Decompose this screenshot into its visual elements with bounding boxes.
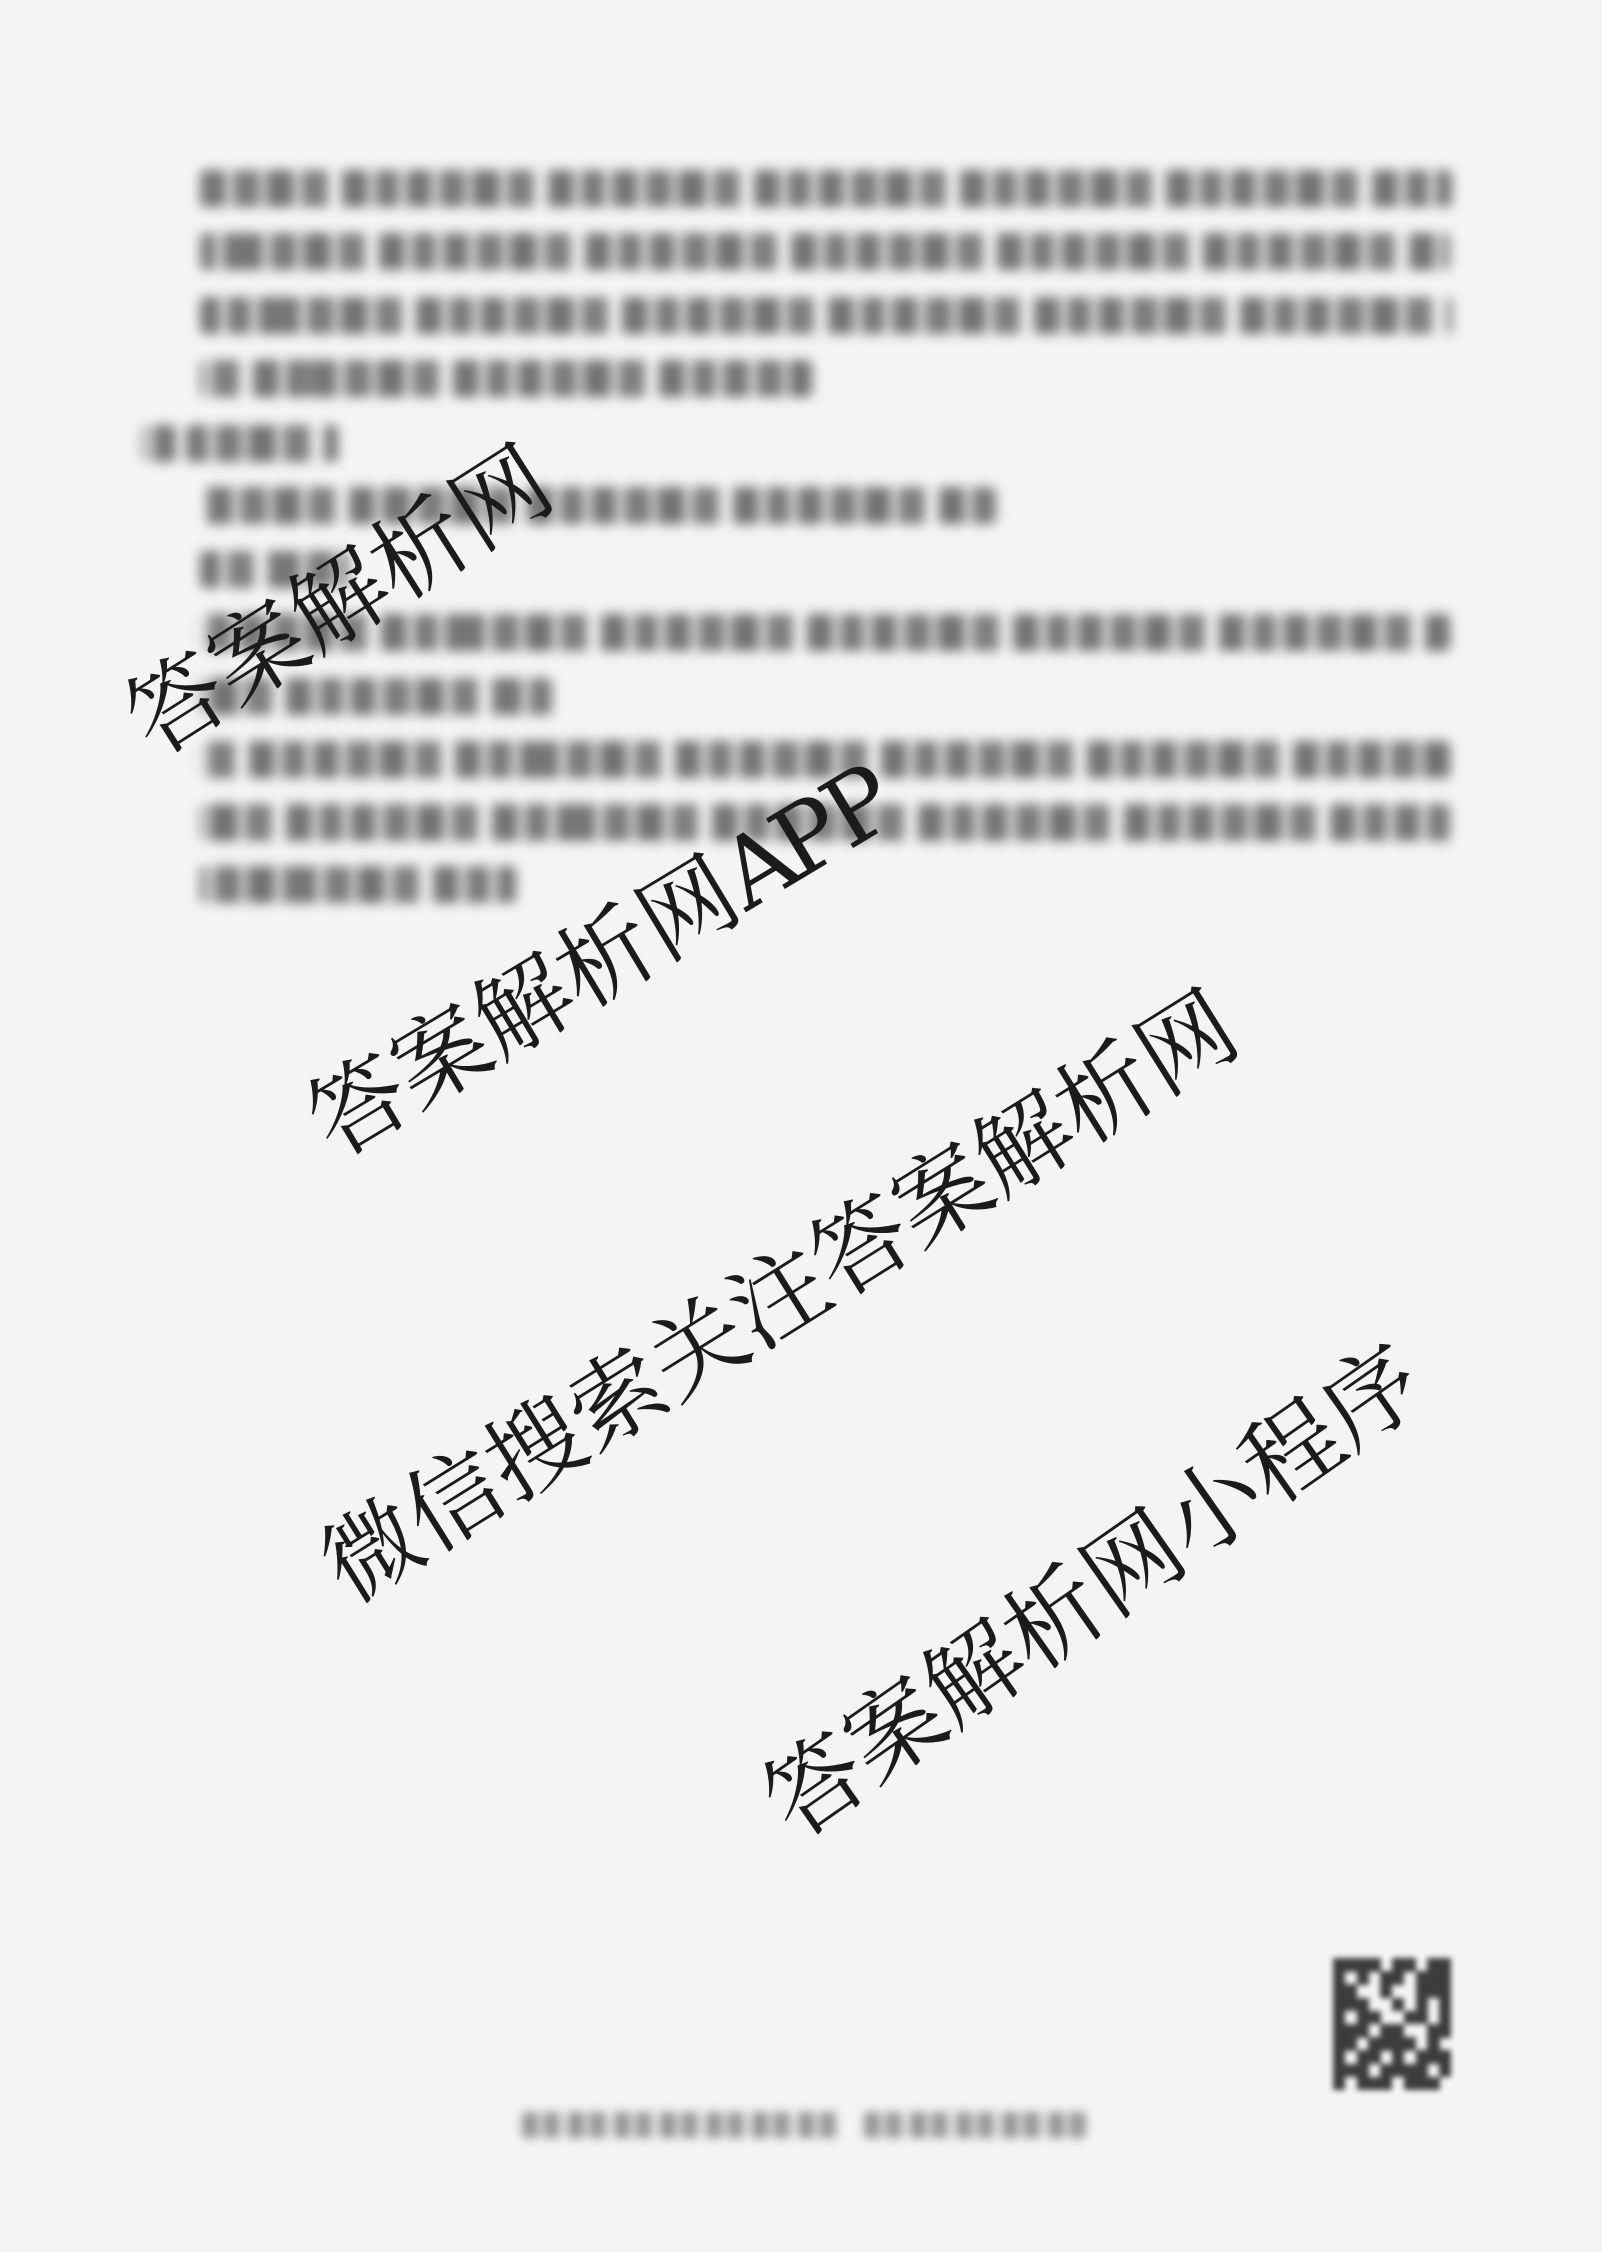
diagonal-watermark: 答案解析网小程序	[748, 1329, 1439, 1854]
blurred-text-line-segment	[200, 360, 812, 397]
qr-module	[1392, 1971, 1404, 1985]
qr-module	[1345, 2024, 1357, 2038]
qr-module	[1404, 2077, 1416, 2091]
qr-module	[1357, 1971, 1369, 1985]
qr-module	[1345, 2064, 1357, 2078]
qr-module	[1392, 2050, 1404, 2064]
qr-module	[1333, 1971, 1345, 1985]
qr-module	[1392, 1958, 1404, 1972]
qr-module	[1333, 2064, 1345, 2078]
qr-module	[1427, 2037, 1439, 2051]
qr-module	[1439, 1984, 1451, 1998]
qr-module	[1439, 2024, 1451, 2038]
diagonal-watermark: 答案解析网	[111, 432, 567, 771]
qr-module	[1357, 2024, 1369, 2038]
blurred-text-line-segment	[200, 233, 1450, 270]
qr-module	[1439, 2064, 1451, 2078]
qr-module	[1416, 1984, 1428, 1998]
qr-module	[1333, 2011, 1345, 2025]
qr-module	[1439, 2050, 1451, 2064]
qr-module	[1439, 2011, 1451, 2025]
qr-module	[1439, 1958, 1451, 1972]
qr-module	[1357, 2064, 1369, 2078]
qr-module	[1357, 2077, 1369, 2091]
blurred-text-line-segment	[200, 866, 516, 903]
qr-module	[1333, 2077, 1345, 2091]
qr-module	[1427, 2050, 1439, 2064]
qr-module	[1427, 1971, 1439, 1985]
qr-module	[1427, 1984, 1439, 1998]
blurred-text-line-segment	[142, 425, 176, 462]
qr-module	[1439, 1998, 1451, 2012]
scanned-answer-sheet-page: 答案解析网答案解析网APP微信搜索关注答案解析网答案解析网小程序	[0, 0, 1602, 2252]
qr-module	[1427, 2024, 1439, 2038]
qr-module	[1380, 1971, 1392, 1985]
qr-module	[1392, 1998, 1404, 2012]
qr-module	[1368, 2050, 1380, 2064]
qr-module	[1404, 2064, 1416, 2078]
blurred-footer-segment	[522, 2112, 840, 2138]
qr-module	[1427, 2077, 1439, 2091]
qr-module	[1416, 2050, 1428, 2064]
qr-module	[1345, 2037, 1357, 2051]
qr-module	[1439, 1971, 1451, 1985]
qr-module	[1380, 2037, 1392, 2051]
qr-module	[1333, 2024, 1345, 2038]
blurred-text-line-segment	[200, 297, 1452, 334]
qr-module	[1357, 1958, 1369, 1972]
qr-module	[1416, 1971, 1428, 1985]
qr-module	[1380, 1984, 1392, 1998]
blurred-text-line-segment	[200, 487, 996, 524]
qr-module	[1380, 2077, 1392, 2091]
blurred-text-line-segment	[186, 425, 338, 462]
qr-module	[1345, 1998, 1357, 2012]
qr-module	[1333, 1998, 1345, 2012]
qr-module	[1345, 1958, 1357, 1972]
qr-module	[1333, 2037, 1345, 2051]
qr-module	[1333, 1984, 1345, 1998]
qr-module	[1345, 1984, 1357, 1998]
qr-module	[1368, 2077, 1380, 2091]
blurred-text-line-segment	[200, 170, 1452, 207]
qr-module	[1368, 1958, 1380, 1972]
blurred-footer-segment	[864, 2112, 1086, 2138]
qr-module	[1416, 1998, 1428, 2012]
qr-module	[1427, 1958, 1439, 1972]
qr-module	[1404, 2037, 1416, 2051]
qr-module	[1357, 2050, 1369, 2064]
qr-code	[1333, 1958, 1451, 2090]
qr-module	[1404, 2011, 1416, 2025]
qr-module	[1416, 2064, 1428, 2078]
qr-module	[1380, 2024, 1392, 2038]
qr-module	[1404, 1958, 1416, 1972]
qr-module	[1392, 2037, 1404, 2051]
qr-module	[1368, 2011, 1380, 2025]
qr-module	[1392, 2064, 1404, 2078]
qr-module	[1368, 2037, 1380, 2051]
qr-module	[1333, 1958, 1345, 1972]
qr-module	[1392, 2024, 1404, 2038]
qr-module	[1416, 2077, 1428, 2091]
qr-module	[1416, 2011, 1428, 2025]
qr-module	[1357, 2011, 1369, 2025]
qr-module	[1333, 2050, 1345, 2064]
qr-module	[1380, 2064, 1392, 2078]
qr-module	[1357, 1998, 1369, 2012]
